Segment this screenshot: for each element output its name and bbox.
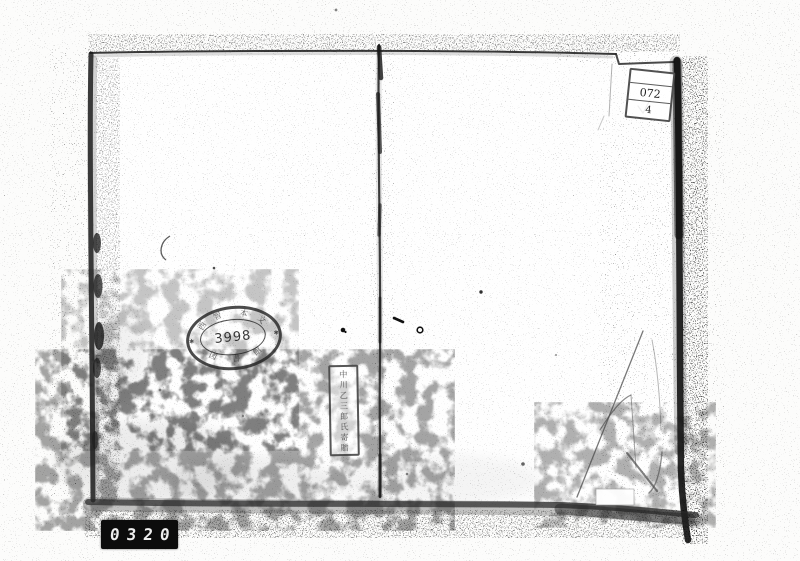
frame-counter-digits: 0320 [99, 520, 178, 549]
stamp-side-mark: ✱ [273, 330, 279, 336]
center-fold-line [378, 45, 381, 497]
stamp-arc-char: 書 [232, 354, 241, 363]
donor-slip: 中川乙三郎氏寄贈 [328, 365, 360, 457]
call-number-label: 072 4 [625, 68, 676, 123]
scanned-book-cover-page: 3998 西 智 本 文 図 書 館 ✱ ✱ 中川乙三郎氏寄贈 072 4 03… [0, 0, 800, 561]
scan-artifacts-layer [0, 0, 800, 561]
call-number-row-volume: 4 [627, 99, 671, 120]
frame-counter: 0320 [101, 520, 178, 549]
library-oval-stamp: 3998 西 智 本 文 図 書 館 ✱ ✱ [183, 301, 285, 375]
stamp-number: 3998 [214, 328, 252, 347]
stamp-side-mark: ✱ [189, 339, 195, 345]
donor-slip-text: 中川乙三郎氏寄贈 [338, 370, 350, 454]
